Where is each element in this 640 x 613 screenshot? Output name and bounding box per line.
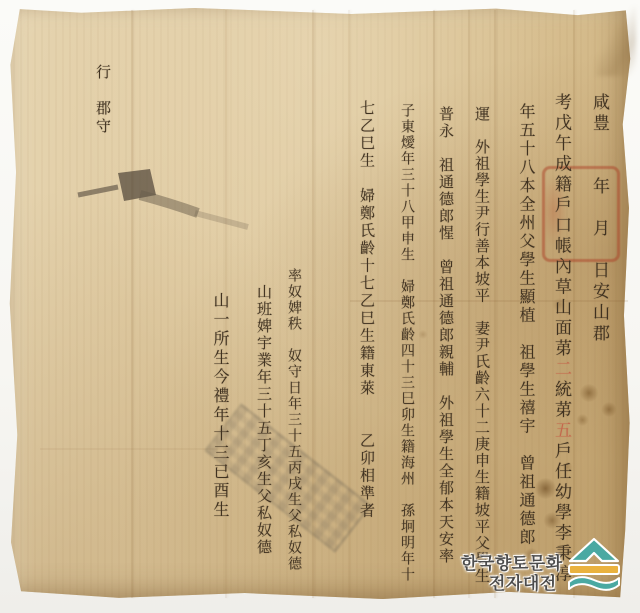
column-era-date: 咸豊 年 月 日安山郡: [590, 93, 607, 348]
red-correction-two: 二: [551, 360, 571, 381]
red-correction-five: 五: [551, 421, 571, 442]
column-maternal-grandfather-wife: 運 外祖學生尹行善本坡平 妻尹氏齡六十二庚申生籍坡平父學生: [474, 106, 489, 586]
column-slave-child: 山一所生今禮年十三已酉生: [212, 292, 228, 527]
household-head-text-1: 考戊午成籍戶口帳內草山面苐: [551, 93, 571, 360]
manuscript-photo: 咸豊 年 月 日安山郡 考戊午成籍戶口帳內草山面苐二統苐五戶任幼學李秉淳 年五十…: [0, 0, 640, 613]
handwritten-signature-mark-icon: [70, 163, 270, 238]
column-son-daughter-in-law: 子東燰年三十八甲申生 婦鄭氏齡四十三巳卯生籍海州 孫坰明年十: [400, 103, 414, 585]
column-household-head: 考戊午成籍戶口帳內草山面苐二統苐五戶任幼學李秉淳: [552, 93, 569, 593]
magistrate-signature-title: 行 郡守: [95, 64, 110, 154]
watermark-text-line2: 전자대전: [489, 569, 557, 594]
household-head-text-2: 統苐: [551, 380, 571, 421]
column-wife-lineage: 普永 祖通德郎惺 曾祖通德郎親輔 外祖學生全郁本天安率: [438, 106, 453, 586]
column-slaves-header: 率奴婢秩 奴守日年三十五丙戌生父私奴德: [287, 268, 301, 578]
column-age-father-line: 年五十八本全州父學生顯植 祖學生禧宇 曾祖通德郎: [518, 103, 534, 563]
column-grandson-wife-closing: 七乙巳生 婦鄭氏齡十七乙巳生籍東萊 乙卯相準者: [359, 100, 374, 530]
column-slave-female: 山班婢宇業年三十五丁亥生父私奴德: [256, 284, 271, 574]
watermark-logo-icon: [566, 536, 622, 592]
corner-fold-shadow: [596, 6, 636, 76]
